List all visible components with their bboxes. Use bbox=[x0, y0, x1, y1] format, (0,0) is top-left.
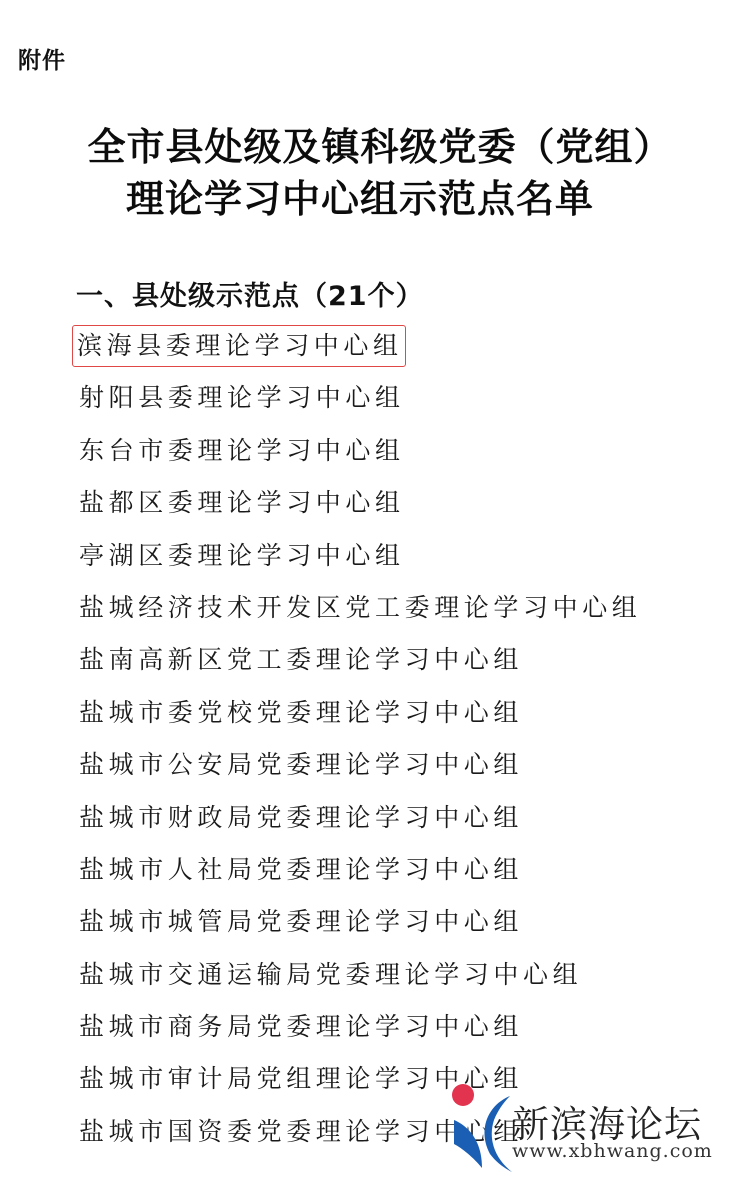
list-item: 盐都区委理论学习中心组 bbox=[77, 482, 643, 534]
list-item: 射阳县委理论学习中心组 bbox=[77, 377, 643, 429]
logo-dot-icon bbox=[452, 1084, 474, 1106]
list-item: 盐城市交通运输局党委理论学习中心组 bbox=[77, 954, 643, 1006]
list-item: 盐城市人社局党委理论学习中心组 bbox=[77, 849, 643, 901]
list-item: 亭湖区委理论学习中心组 bbox=[77, 535, 643, 587]
list-item: 盐城市财政局党委理论学习中心组 bbox=[77, 797, 643, 849]
list-item-label: 盐城市交通运输局党委理论学习中心组 bbox=[77, 954, 584, 996]
list-item: 盐城市委党校党委理论学习中心组 bbox=[77, 692, 643, 744]
list-item-label: 盐城市商务局党委理论学习中心组 bbox=[77, 1006, 525, 1048]
list-item: 盐城市城管局党委理论学习中心组 bbox=[77, 901, 643, 953]
list-item: 盐南高新区党工委理论学习中心组 bbox=[77, 639, 643, 691]
document-title-line-1: 全市县处级及镇科级党委（党组） bbox=[40, 116, 720, 171]
list-item-label: 盐城经济技术开发区党工委理论学习中心组 bbox=[77, 587, 643, 629]
list-item-label: 东台市委理论学习中心组 bbox=[77, 430, 407, 472]
section-heading: 一、县处级示范点（21个） bbox=[76, 274, 424, 313]
demonstration-list: 滨海县委理论学习中心组 射阳县委理论学习中心组 东台市委理论学习中心组 盐都区委… bbox=[77, 325, 643, 1163]
list-item: 盐城市商务局党委理论学习中心组 bbox=[77, 1006, 643, 1058]
list-item-label: 盐城市公安局党委理论学习中心组 bbox=[77, 744, 525, 786]
list-item-label: 亭湖区委理论学习中心组 bbox=[77, 535, 407, 577]
list-item: 东台市委理论学习中心组 bbox=[77, 430, 643, 482]
list-item: 盐城市公安局党委理论学习中心组 bbox=[77, 744, 643, 796]
watermark-url: www.xbhwang.com bbox=[512, 1140, 713, 1162]
list-item: 盐城经济技术开发区党工委理论学习中心组 bbox=[77, 587, 643, 639]
watermark: 新滨海论坛 www.xbhwang.com bbox=[448, 1082, 738, 1172]
list-item-label: 盐城市人社局党委理论学习中心组 bbox=[77, 849, 525, 891]
list-item-label: 盐城市财政局党委理论学习中心组 bbox=[77, 797, 525, 839]
list-item-label: 射阳县委理论学习中心组 bbox=[77, 377, 407, 419]
list-item-label: 盐都区委理论学习中心组 bbox=[77, 482, 407, 524]
list-item-label: 盐南高新区党工委理论学习中心组 bbox=[77, 639, 525, 681]
list-item-label: 盐城市城管局党委理论学习中心组 bbox=[77, 901, 525, 943]
list-item-label: 盐城市委党校党委理论学习中心组 bbox=[77, 692, 525, 734]
attachment-label: 附件 bbox=[18, 42, 66, 75]
list-item-label: 滨海县委理论学习中心组 bbox=[72, 325, 406, 367]
document-title-line-2: 理论学习中心组示范点名单 bbox=[40, 168, 680, 223]
list-item-highlighted: 滨海县委理论学习中心组 bbox=[77, 325, 643, 377]
